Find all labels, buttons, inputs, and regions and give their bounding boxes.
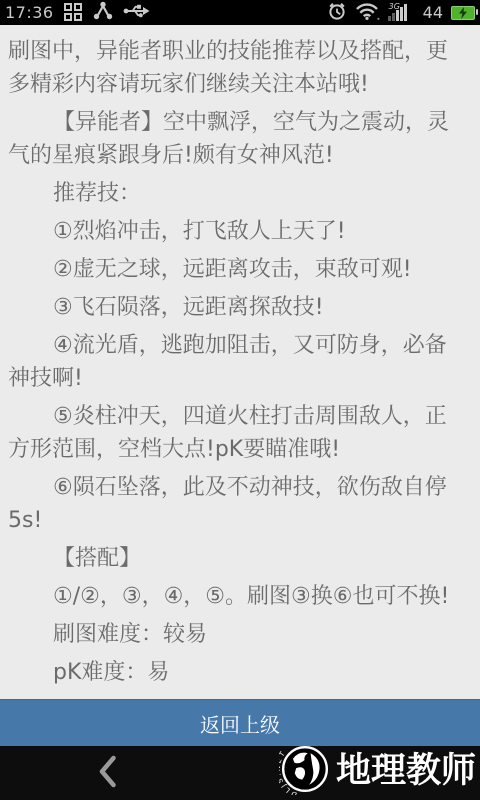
status-bar: 17:36	[0, 0, 480, 25]
paragraph-line: 气的星痕紧跟身后!颇有女神风范!	[8, 139, 472, 172]
paragraph-line: 神技啊!	[8, 362, 472, 395]
paragraph-line: ⑥陨石坠落，此及不动神技，欲伤敌自停	[8, 471, 472, 504]
paragraph-line: ⑤炎柱冲天，四道火柱打击周围敌人，正	[8, 400, 472, 433]
navigation-bar: DLJS.NET 地理教师	[0, 746, 480, 800]
usb-icon	[123, 2, 150, 24]
paragraph: ⑥陨石坠落，此及不动神技，欲伤敌自停 5s!	[8, 471, 472, 537]
paragraph-line: 刷图中，异能者职业的技能推荐以及搭配，更	[8, 35, 472, 68]
share-icon	[93, 1, 113, 24]
paragraph-line: ②虚无之球，远距离攻击，束敌可观!	[8, 253, 472, 286]
paragraph: ⑤炎柱冲天，四道火柱打击周围敌人，正 方形范围，空档大点!pK要瞄准哦!	[8, 400, 472, 466]
paragraph-line: 刷图难度：较易	[8, 618, 472, 651]
signal-icon: 3G	[388, 3, 415, 22]
paragraph: pK难度：易	[8, 656, 472, 689]
paragraph: ①烈焰冲击，打飞敌人上天了!	[8, 215, 472, 248]
battery-charging-icon	[451, 6, 475, 20]
status-bar-right: 3G 44	[327, 1, 475, 25]
paragraph-line: 多精彩内容请玩家们继续关注本站哦!	[8, 68, 472, 101]
phone-screen: 17:36	[0, 0, 480, 800]
paragraph: 刷图难度：较易	[8, 618, 472, 651]
paragraph-line: 方形范围，空档大点!pK要瞄准哦!	[8, 433, 472, 466]
paragraph: ③飞石陨落，远距离探敌技!	[8, 291, 472, 324]
paragraph-line: 5s!	[8, 504, 472, 537]
status-bar-left: 17:36	[5, 1, 150, 24]
return-to-parent-button[interactable]: 返回上级	[0, 699, 480, 746]
paragraph: ①/②，③，④，⑤。刷图③换⑥也可不换!	[8, 580, 472, 613]
wifi-icon	[355, 2, 380, 24]
paragraph: 【异能者】空中飘浮，空气为之震动，灵 气的星痕紧跟身后!颇有女神风范!	[8, 106, 472, 172]
paragraph-line: 【搭配】	[8, 542, 472, 575]
paragraph-line: ①烈焰冲击，打飞敌人上天了!	[8, 215, 472, 248]
signal-bars	[388, 4, 407, 21]
paragraph-line: ④流光盾，逃跑加阻击，又可防身，必备	[8, 329, 472, 362]
paragraph-line: pK难度：易	[8, 656, 472, 689]
paragraph-line: ③飞石陨落，远距离探敌技!	[8, 291, 472, 324]
paragraph-line: ①/②，③，④，⑤。刷图③换⑥也可不换!	[8, 580, 472, 613]
paragraph-line: 【异能者】空中飘浮，空气为之震动，灵	[8, 106, 472, 139]
chevron-left-icon	[98, 755, 117, 791]
article-body: 刷图中，异能者职业的技能推荐以及搭配，更 多精彩内容请玩家们继续关注本站哦! 【…	[0, 25, 480, 699]
paragraph: 【搭配】	[8, 542, 472, 575]
paragraph: ②虚无之球，远距离攻击，束敌可观!	[8, 253, 472, 286]
site-watermark: DLJS.NET 地理教师	[279, 743, 476, 799]
paragraph-line: 推荐技：	[8, 177, 472, 210]
watermark-site-name: 地理教师	[336, 745, 476, 797]
paragraph: 刷图中，异能者职业的技能推荐以及搭配，更 多精彩内容请玩家们继续关注本站哦!	[8, 35, 472, 101]
alarm-icon	[327, 1, 347, 25]
globe-logo-icon: DLJS.NET	[279, 743, 331, 799]
back-button[interactable]	[96, 753, 119, 793]
paragraph: 推荐技：	[8, 177, 472, 210]
battery-percent: 44	[423, 3, 443, 22]
paragraph: ④流光盾，逃跑加阻击，又可防身，必备 神技啊!	[8, 329, 472, 395]
clock-time: 17:36	[5, 3, 54, 22]
apps-grid-icon	[64, 3, 83, 22]
